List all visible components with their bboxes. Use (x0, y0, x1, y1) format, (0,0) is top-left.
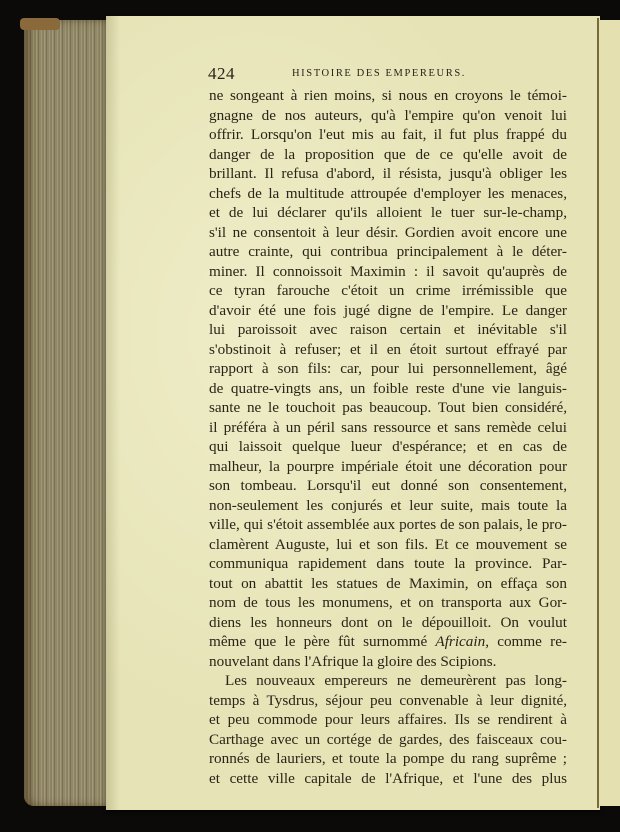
text-line: ville, qui s'étoit assemblée aux portes … (209, 515, 567, 535)
running-head: 424 HISTOIRE DES EMPEREURS. (208, 68, 568, 84)
text-line: communiqua rapidement dans toute la prov… (209, 554, 567, 574)
text-line: et peu commode pour leurs affaires. Ils … (209, 710, 567, 730)
text-line: et de lui déclarer qu'ils alloient le tu… (209, 203, 567, 223)
text-line: ronnés de lauriers, et toute la pompe du… (209, 749, 567, 769)
text-line: gnagne de nos auteurs, qu'à l'empire qu'… (209, 106, 567, 126)
page-edges-stack (24, 20, 110, 806)
italic-word-africain: Africain (435, 633, 485, 650)
text-line: diens les honneurs dont on le dépouilloi… (209, 613, 567, 633)
text-line: offrir. Lorsqu'on l'eut mis au fait, il … (209, 125, 567, 145)
text-line: s'il ne consentoit à leur désir. Gordien… (209, 223, 567, 243)
text-line: tout on abattit les statues de Maximin, … (209, 574, 567, 594)
text-line: Carthage avec un cortége de gardes, des … (209, 730, 567, 750)
text-line: d'avoir été une fois jugé digne de l'emp… (209, 301, 567, 321)
text-line: temps à Tysdrus, séjour peu convenable à… (209, 691, 567, 711)
text-line: lui paroissoit avec raison certain et in… (209, 320, 567, 340)
text-line: nom de tous les monumens, et on transpor… (209, 593, 567, 613)
text-line: autre crainte, qui contribua principalem… (209, 242, 567, 262)
paragraph-1: ne songeant à rien moins, si nous en cro… (209, 86, 567, 671)
text-segment: , comme re- (485, 633, 567, 650)
text-line: non-seulement les conjurés et leur suite… (209, 496, 567, 516)
text-line: sante ne le touchoit pas beaucoup. Tout … (209, 398, 567, 418)
text-line: ne songeant à rien moins, si nous en cro… (209, 86, 567, 106)
text-line: et cette ville capitale de l'Afrique, et… (209, 769, 567, 789)
text-line: malheur, la pourpre impériale étoit une … (209, 457, 567, 477)
running-head-title: HISTOIRE DES EMPEREURS. (292, 68, 466, 79)
text-line-with-italic: même que le père fût surnommé Africain, … (209, 632, 567, 652)
text-line: clamèrent Auguste, lui et son fils. Et c… (209, 535, 567, 555)
text-line: son tombeau. Lorsqu'il eut donné son con… (209, 476, 567, 496)
text-line: danger de la proposition que de ce qu'el… (209, 145, 567, 165)
text-line: rapport à son fils: car, pour lui person… (209, 359, 567, 379)
text-line: chefs de la multitude attroupée d'employ… (209, 184, 567, 204)
text-segment: même que le père fût surnommé (209, 633, 435, 650)
text-line: de quatre-vingts ans, un foible reste d'… (209, 379, 567, 399)
text-line: il préféra à un péril sans ressource et … (209, 418, 567, 438)
text-line: s'obstinoit à refuser; et il en étoit su… (209, 340, 567, 360)
text-line: Les nouveaux empereurs ne demeurèrent pa… (209, 671, 567, 691)
text-line: qui laissoit quelque lueur d'espérance; … (209, 437, 567, 457)
paragraph-2: Les nouveaux empereurs ne demeurèrent pa… (209, 671, 567, 788)
text-line: miner. Il connoissoit Maximin : il savoi… (209, 262, 567, 282)
text-line: ce tyran farouche c'étoit un crime irrém… (209, 281, 567, 301)
facing-page-edge (599, 20, 620, 806)
text-line: nouvelant dans l'Afrique la gloire des S… (209, 652, 567, 672)
page-number: 424 (208, 64, 235, 84)
text-line: brillant. Il refusa d'abord, il résista,… (209, 164, 567, 184)
body-text: ne songeant à rien moins, si nous en cro… (209, 86, 567, 788)
